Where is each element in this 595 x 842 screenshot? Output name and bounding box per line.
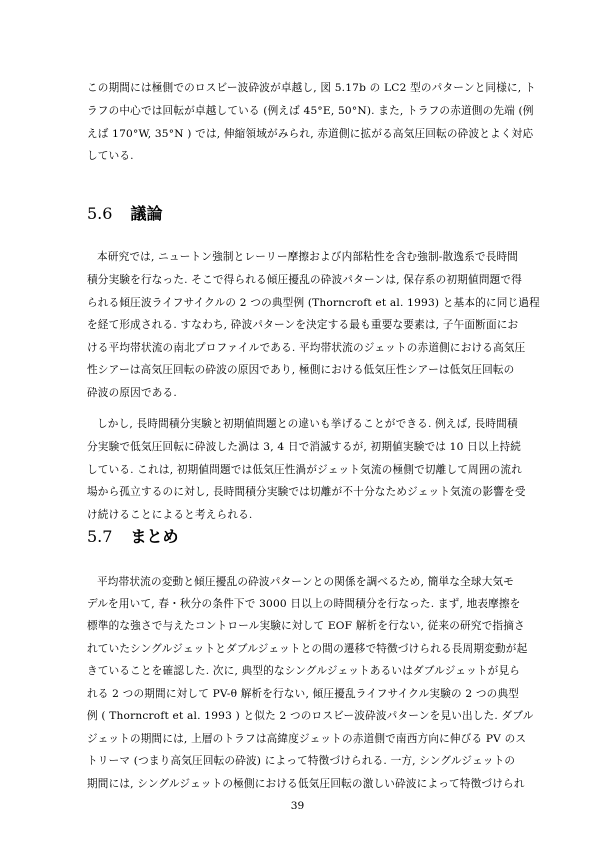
- text-line: きていることを確認した. 次に, 典型的なシングルジェットあるいはダブルジェット…: [87, 665, 539, 678]
- text-line: 標準的な強さで与えたコントロール実験に対して EOF 解析を行ない, 従来の研究…: [87, 620, 539, 633]
- text-line: しかし, 長時間積分実験と初期値問題との違いも挙げることができる. 例えば, 長…: [97, 418, 539, 431]
- text-line: 例 ( Thorncroft et al. 1993 ) と似た 2 つのロスビ…: [87, 710, 539, 723]
- text-line: られる傾圧波ライフサイクルの 2 つの典型例 (Thorncroft et al…: [87, 297, 539, 310]
- page-number: 39: [0, 800, 595, 812]
- text-line: ける平均帯状流の南北プロファイルである. 平均帯状流のジェットの赤道側における高…: [87, 342, 539, 355]
- text-line: している. これは, 初期値問題では低気圧性渦がジェット気流の極側で切離して周囲…: [87, 464, 539, 477]
- text-line: れる 2 つの期間に対して PV-θ 解析を行ない, 傾圧擾乱ライフサイクル実験…: [87, 688, 539, 701]
- text-line: している.: [87, 150, 539, 163]
- text-line: えば 170°W, 35°N ) では, 伸縮領域がみられ, 赤道側に拡がる高気…: [87, 128, 539, 141]
- section-number: 5.7: [87, 527, 112, 546]
- text-line: ジェットの期間には, 上層のトラフは高緯度ジェットの赤道側で南西方向に伸びる P…: [87, 733, 539, 746]
- text-line: を経て形成される. すなわち, 砕波パターンを決定する最も重要な要素は, 子午面…: [87, 319, 539, 332]
- section-title: まとめ: [130, 527, 178, 546]
- text-line: 平均帯状流の変動と傾圧擾乱の砕波パターンとの関係を調べるため, 簡単な全球大気モ: [97, 576, 539, 589]
- text-line: れていたシングルジェットとダブルジェットとの間の遷移で特徴づけられる長周期変動が…: [87, 643, 539, 656]
- section-number: 5.6: [87, 204, 112, 223]
- text-line: 分実験で低気圧回転に砕波した渦は 3, 4 日で消滅するが, 初期値実験では 1…: [87, 441, 539, 454]
- section-title: 議論: [130, 204, 162, 223]
- text-line: け続けることによると考えられる.: [87, 509, 539, 522]
- text-line: トリーマ (つまり高気圧回転の砕波) によって特徴づけられる. 一方, シングル…: [87, 755, 539, 768]
- text-line: 本研究では, ニュートン強制とレーリー摩擦および内部粘性を含む強制-散逸系で長時…: [97, 251, 539, 264]
- text-line: この期間には極側でのロスビー波砕波が卓越し, 図 5.17b の LC2 型のパ…: [87, 82, 539, 95]
- text-line: 期間には, シングルジェットの極側における低気圧回転の激しい砕波によって特徴づけ…: [87, 778, 539, 791]
- text-line: デルを用いて, 春・秋分の条件下で 3000 日以上の時間積分を行なった. まず…: [87, 598, 539, 611]
- section-heading-5-6: 5.6議論: [87, 201, 162, 224]
- text-line: 積分実験を行なった. そこで得られる傾圧擾乱の砕波パターンは, 保存系の初期値問…: [87, 274, 539, 287]
- text-line: 性シアーは高気圧回転の砕波の原因であり, 極側における低気圧性シアーは低気圧回転…: [87, 364, 539, 377]
- text-line: 砕波の原因である.: [87, 387, 539, 400]
- text-line: 場から孤立するのに対し, 長時間積分実験では切離が不十分なためジェット気流の影響…: [87, 486, 539, 499]
- section-heading-5-7: 5.7まとめ: [87, 524, 178, 547]
- text-line: ラフの中心では回転が卓越している (例えば 45°E, 50°N). また, ト…: [87, 105, 539, 118]
